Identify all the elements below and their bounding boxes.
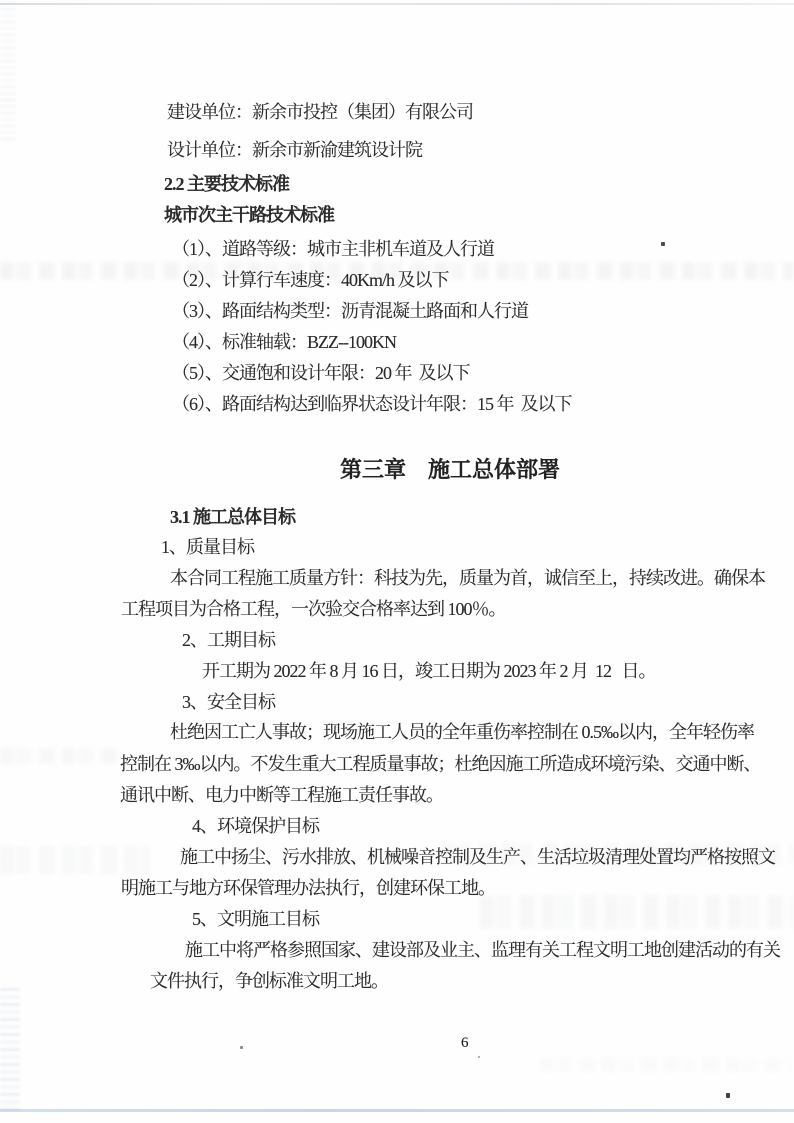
- scan-edge-top: [0, 3, 794, 5]
- goal3-paragraph-line: 杜绝因工亡人事故；现场施工人员的全年重伤率控制在 0.5‰以内，全年轻伤率: [170, 720, 754, 744]
- scan-edge-left-noise: [0, 0, 16, 140]
- goal1-paragraph-line: 工程项目为合格工程，一次验交合格率达到 100％。: [121, 597, 506, 621]
- scanned-document-page: 建设单位：新余市投控（集团）有限公司 设计单位：新余市新渝建筑设计院 2.2 主…: [0, 0, 794, 1123]
- goal3-paragraph-line: 控制在 3‰以内。不发生重大工程质量事故；杜绝因施工所造成环境污染、交通中断、: [120, 752, 761, 776]
- goal2-label: 2、工期目标: [182, 628, 275, 652]
- tech-item-4: （4）、标准轴载：BZZ--100KN: [172, 330, 396, 354]
- design-unit-line: 设计单位：新余市新渝建筑设计院: [167, 138, 422, 162]
- goal1-label: 1、质量目标: [161, 535, 254, 559]
- page-number: 6: [461, 1031, 469, 1055]
- bleedthrough-ghost: [0, 846, 150, 874]
- bleedthrough-ghost: [0, 748, 118, 764]
- goal5-paragraph-line: 施工中将严格参照国家、建设部及业主、监理有关工程文明工地创建活动的有关: [185, 938, 780, 962]
- tech-item-3: （3）、路面结构类型：沥青混凝土路面和人行道: [172, 299, 528, 323]
- tech-item-1: （1）、道路等级：城市主非机车道及人行道: [172, 237, 494, 261]
- tech-item-2: （2）、计算行车速度：40Km/h 及以下: [172, 268, 449, 292]
- scan-edge-bottom: [0, 1109, 794, 1112]
- chapter-title: 第三章 施工总体部署: [340, 458, 560, 482]
- goal4-paragraph-line: 明施工与地方环保管理办法执行，创建环保工地。: [121, 876, 495, 900]
- scan-speck: [478, 1056, 480, 1058]
- tech-item-6: （6）、路面结构达到临界状态设计年限：15 年 及以下: [172, 392, 572, 416]
- goal5-label: 5、文明施工目标: [192, 907, 319, 931]
- goal3-paragraph-line: 通讯中断、电力中断等工程施工责任事故。: [120, 783, 443, 807]
- goal4-paragraph-line: 施工中扬尘、污水排放、机械噪音控制及生产、生活垃圾清理处置均严格按照文: [180, 845, 775, 869]
- tech-item-5: （5）、交通饱和设计年限：20 年 及以下: [172, 361, 470, 385]
- scan-speck: [240, 1046, 243, 1049]
- bleedthrough-ghost: [480, 895, 794, 929]
- goal3-label: 3、安全目标: [182, 690, 275, 714]
- road-standard-subheading: 城市次主干路技术标准: [164, 203, 334, 227]
- bleedthrough-ghost: [540, 1058, 790, 1072]
- goal2-paragraph-line: 开工期为 2022 年 8 月 16 日，竣工日期为 2023 年 2 月 12…: [202, 659, 656, 683]
- section-3-1-heading: 3.1 施工总体目标: [170, 505, 295, 529]
- tech-standard-heading: 2.2 主要技术标准: [164, 172, 289, 196]
- scan-edge-left-noise: [0, 985, 20, 1111]
- goal5-paragraph-line: 文件执行，争创标准文明工地。: [150, 969, 388, 993]
- goal4-label: 4、环境保护目标: [192, 814, 319, 838]
- scan-speck: [661, 242, 665, 246]
- construction-unit-line: 建设单位：新余市投控（集团）有限公司: [167, 100, 473, 124]
- goal1-paragraph-line: 本合同工程施工质量方针：科技为先，质量为首，诚信至上，持续改进。确保本: [170, 566, 765, 590]
- scan-speck: [726, 1093, 730, 1098]
